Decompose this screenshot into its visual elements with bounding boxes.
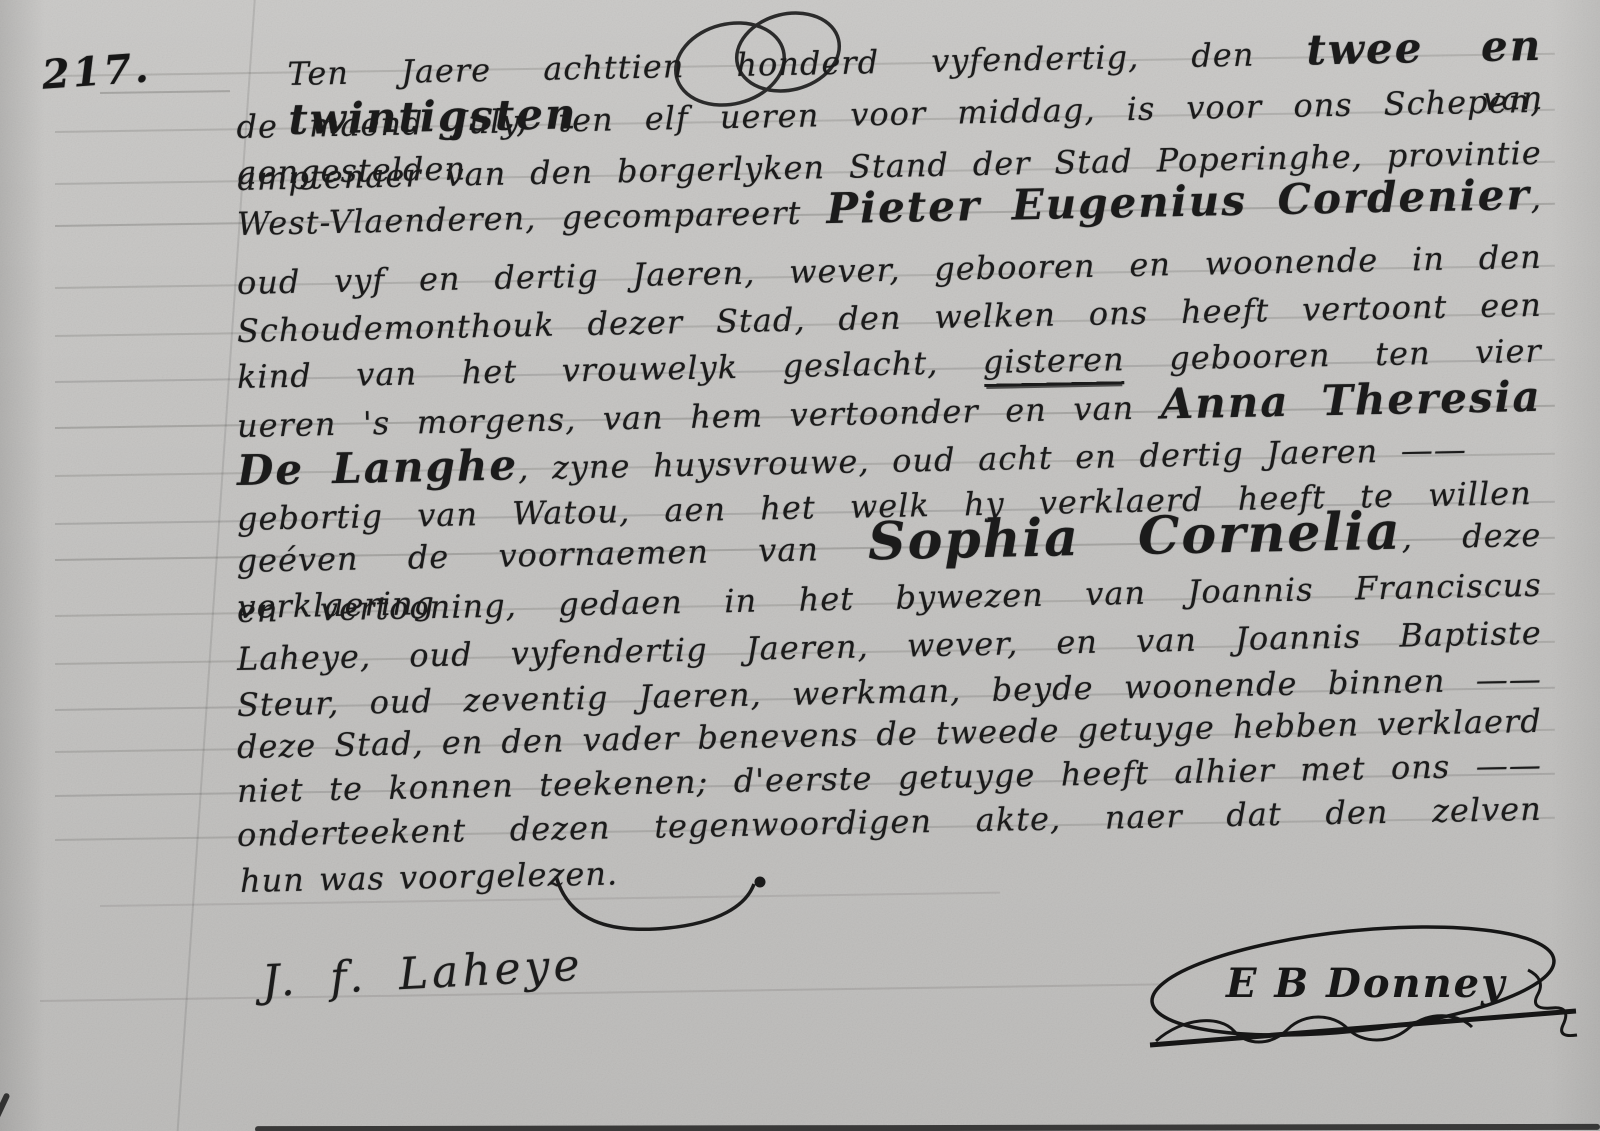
scan-edge-strip <box>255 1124 1600 1131</box>
record-number: 217. <box>41 48 153 96</box>
line-7-text-end: gebooren ten vier <box>1124 332 1542 378</box>
line-4-text: West-Vlaenderen, gecompareert <box>237 193 827 243</box>
line-11-text: geéven de voornaemen van <box>236 529 868 580</box>
scan-corner-mark <box>0 1092 10 1124</box>
mother-surname: De Langhe <box>236 440 518 495</box>
record-line-18: hun was voorgelezen. <box>240 848 721 904</box>
line-18-text: hun was voorgelezen. <box>240 854 619 900</box>
scanned-birth-record-page: { "colors": { "paper": "#c6c5c3", "ink":… <box>0 0 1600 1131</box>
child-given-names: Sophia Cornelia <box>867 501 1402 573</box>
line-4-text-end: , <box>1530 179 1542 217</box>
witness-signature: J. f. Laheye <box>261 940 585 1010</box>
underlined-word-gisteren: gisteren <box>983 340 1126 384</box>
official-signature-text: E B Donney <box>1225 960 1507 1007</box>
mother-first-names: Anna Theresia <box>1160 372 1542 429</box>
guide-rule <box>40 983 1160 1002</box>
line-1-text: Ten Jaere achttien honderd vyfendertig, … <box>287 35 1307 93</box>
official-signature-flourish: E B Donney <box>1128 915 1600 1070</box>
